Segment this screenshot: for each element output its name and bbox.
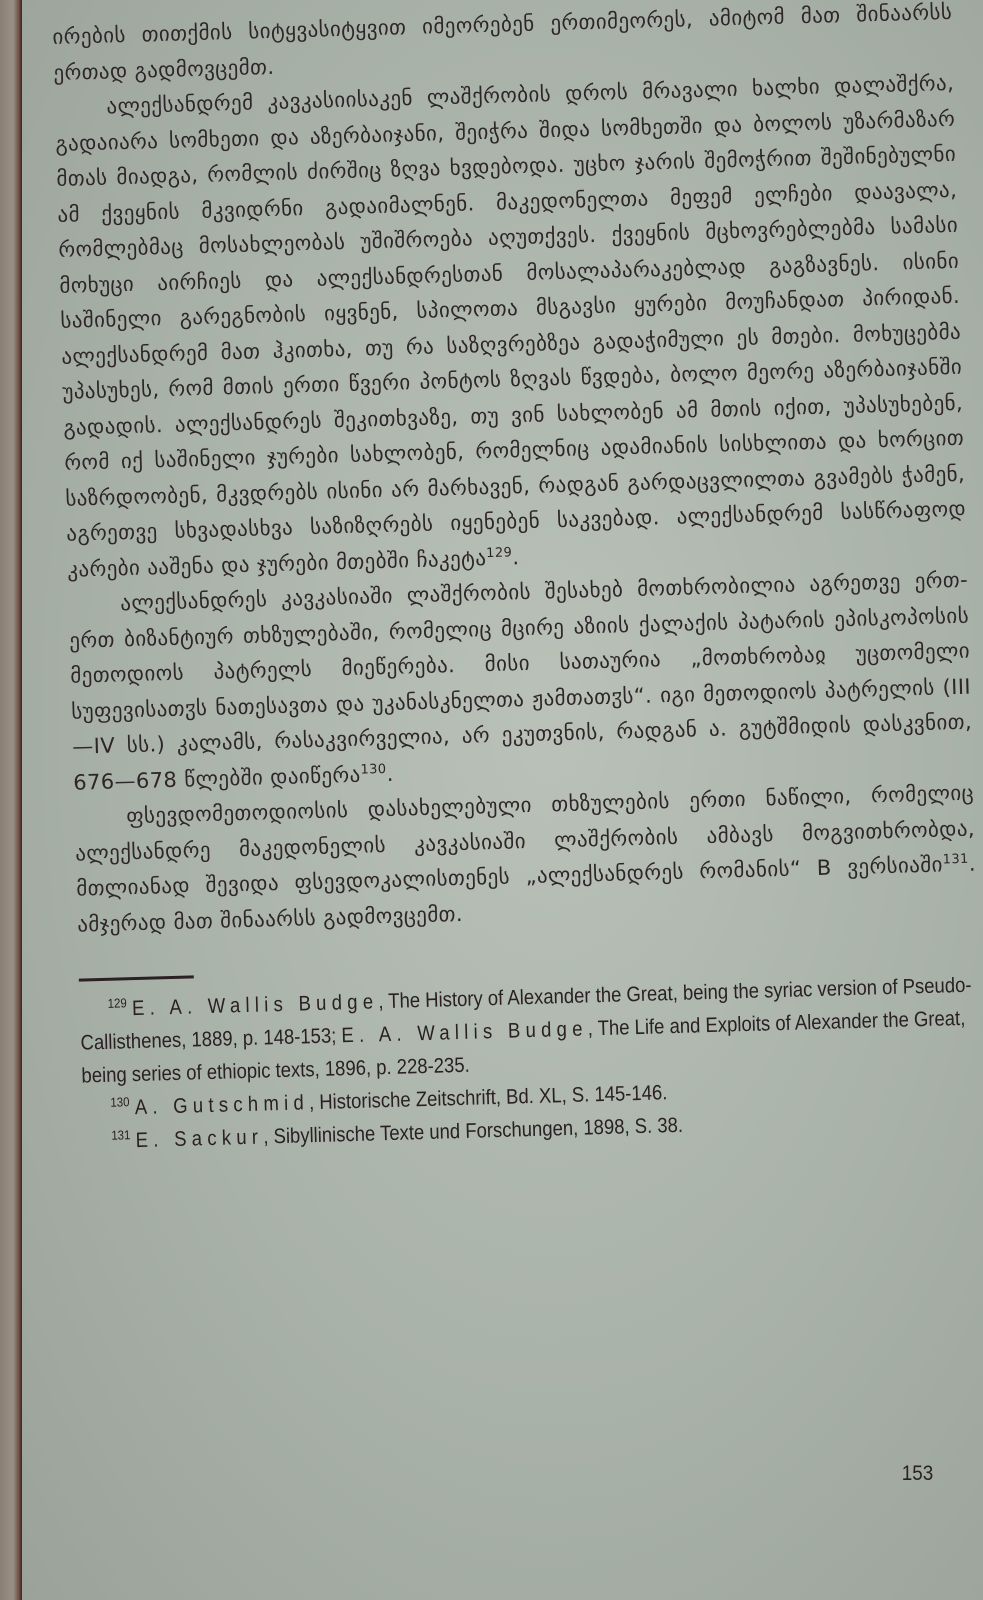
paragraph-text: ალექსანდრეს კავკასიაში ლაშქრობის შესახებ… (69, 568, 972, 795)
footnote-author: E. A. Wallis Budge (132, 990, 379, 1020)
footnote-number: 130 (110, 1094, 130, 1110)
footnote-author: E. A. Wallis Budge (341, 1017, 588, 1047)
footnote-text: , Sibyllinische Texte und Forschungen, 1… (263, 1114, 683, 1149)
footnote-author: E. Sackur (135, 1126, 263, 1153)
footnote-number: 129 (107, 995, 127, 1011)
page-number: 153 (902, 1462, 934, 1486)
footnote-reference[interactable]: 130 (360, 761, 386, 777)
footnote-number: 131 (111, 1127, 131, 1143)
paragraph-text: ფსევდომეთოდიოსის დასახელებული თხზულების … (75, 781, 975, 901)
paragraph-2: ალექსანდრემ კავკასიისაკენ ლაშქრობის დროს… (54, 66, 968, 588)
footnote-reference[interactable]: 131 (942, 852, 968, 868)
paragraph-text: ალექსანდრემ კავკასიისაკენ ლაშქრობის დროს… (55, 71, 966, 581)
body-text: ირების თითქმის სიტყვასიტყვით იმეორებენ ე… (52, 0, 977, 943)
footnote-reference[interactable]: 129 (486, 545, 512, 561)
footnote-text: , Historische Zeitschrift, Bd. XL, S. 14… (309, 1081, 668, 1114)
paragraph-4: ფსევდომეთოდიოსის დასახელებული თხზულების … (74, 776, 978, 943)
footnote-separator (79, 975, 194, 981)
footnotes: 129 E. A. Wallis Budge, The History of A… (79, 968, 983, 1158)
paragraph-3: ალექსანდრეს კავკასიაში ლაშქრობის შესახებ… (68, 563, 974, 801)
page-content: ირების თითქმის სიტყვასიტყვით იმეორებენ ე… (52, 0, 983, 1159)
book-page: ირების თითქმის სიტყვასიტყვით იმეორებენ ე… (22, 0, 983, 1600)
book-binding-edge (0, 0, 22, 1600)
footnote-author: A. Gutschmid (134, 1091, 309, 1119)
